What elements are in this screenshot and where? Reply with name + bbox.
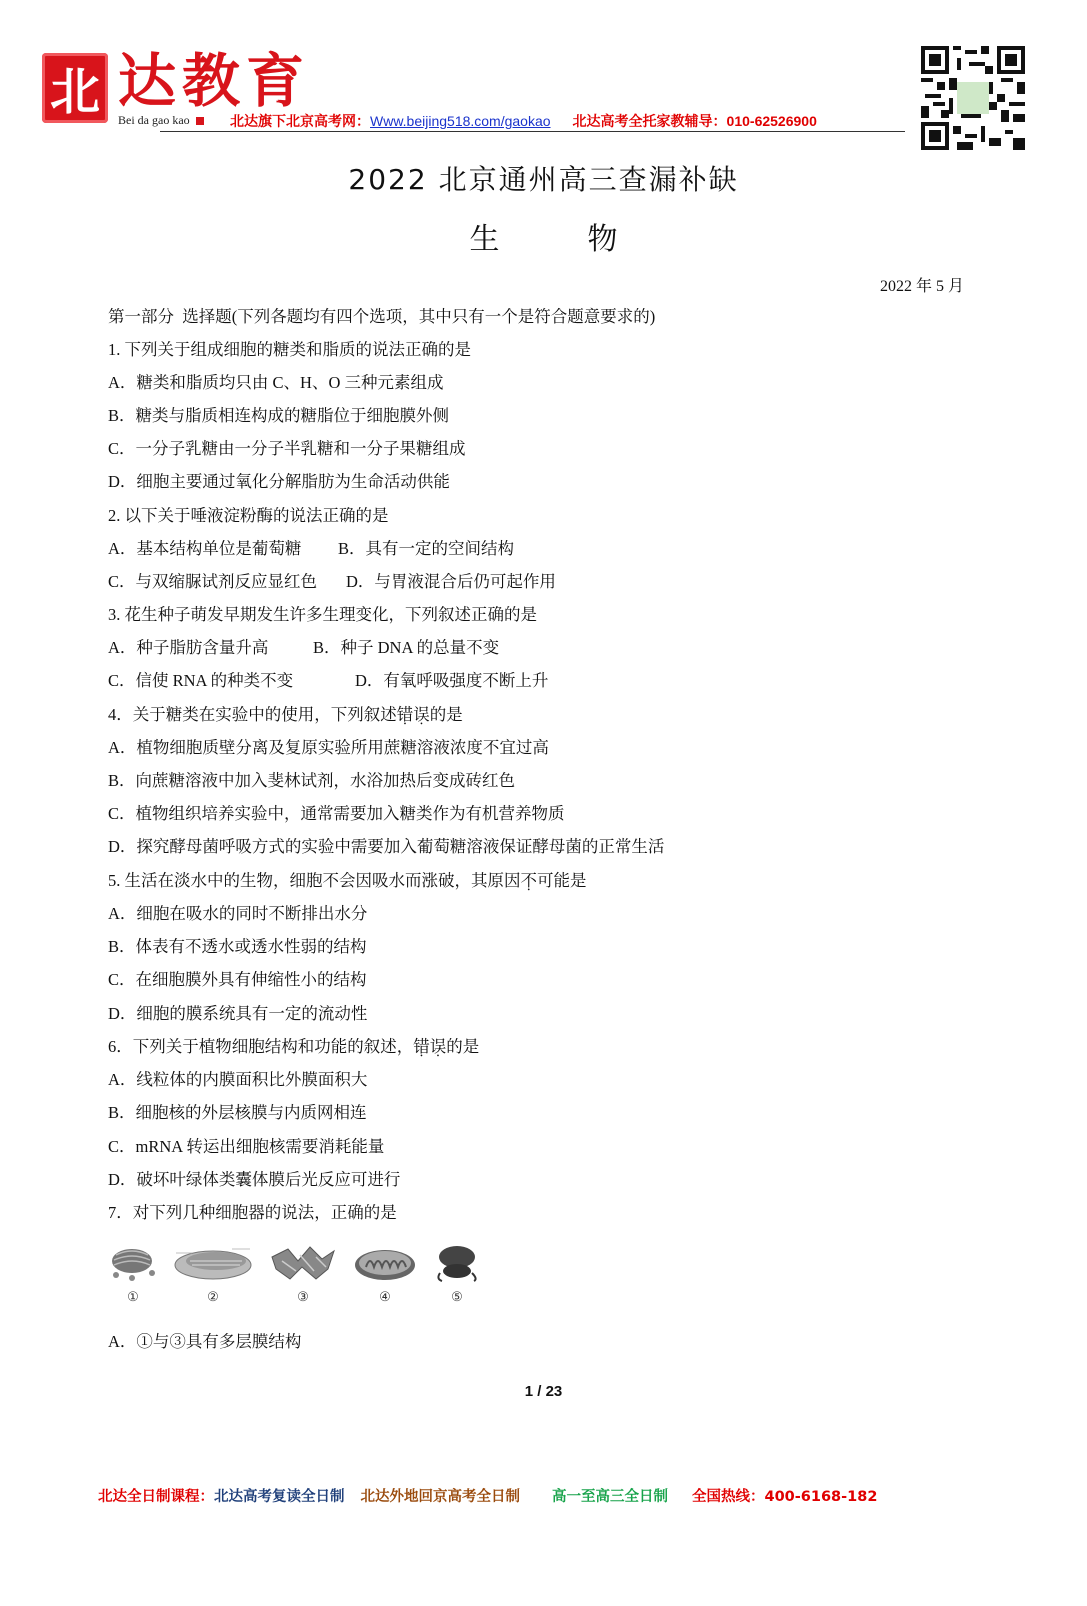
footer-course-3[interactable]: 高一至高三全日制 — [552, 1489, 668, 1505]
stem-text: 的是 — [430, 705, 463, 724]
endoplasmic-reticulum-icon — [268, 1243, 338, 1283]
square-bullet-icon — [196, 117, 204, 125]
option-b: B．具有一定的空间结构 — [338, 538, 514, 560]
question-stem: 7．对下列几种细胞器的说法，正确的是 — [108, 1202, 397, 1224]
footer-course-1[interactable]: 北达高考复读全日制 — [214, 1489, 345, 1505]
tutor-label: 北达高考全托家教辅导：010-62526900 — [573, 113, 817, 129]
option-d: D．细胞主要通过氧化分解脂肪为生命活动供能 — [108, 471, 450, 493]
ribosome-icon — [432, 1243, 482, 1283]
header-banner: 北达旗下北京高考网：Www.beijing518.com/gaokao北达高考全… — [230, 111, 817, 131]
logo-text: 达教育 — [118, 46, 310, 116]
mitochondrion-icon — [352, 1243, 418, 1283]
document-title: 2022 北京通州高三查漏补缺 — [0, 158, 1087, 198]
option-c: C．一分子乳糖由一分子半乳糖和一分子果糖组成 — [108, 438, 466, 460]
option-b: B．向蔗糖溶液中加入斐林试剂，水浴加热后变成砖红色 — [108, 770, 515, 792]
stem-text: 4．关于糖类在实验中的使用，下列叙述 — [108, 705, 397, 724]
logo-glyph: 北 — [50, 52, 100, 124]
question-stem: 1. 下列关于组成细胞的糖类和脂质的说法正确的是 — [108, 339, 471, 361]
option-d: D．有氧呼吸强度不断上升 — [355, 670, 548, 692]
emphasis-char: 误 — [413, 705, 430, 724]
exam-date: 2022 年 5 月 — [880, 273, 964, 296]
subject-char: 生 — [470, 214, 500, 258]
emphasis-char: 不 — [521, 871, 538, 890]
emphasis-char: 错 — [413, 1037, 430, 1056]
stem-text: 6．下列关于植物细胞结构和功能的叙述， — [108, 1037, 413, 1056]
option-d: D．细胞的膜系统具有一定的流动性 — [108, 1003, 367, 1025]
option-a: A．糖类和脂质均只由 C、H、O 三种元素组成 — [108, 372, 444, 394]
golgi-apparatus-icon — [108, 1243, 158, 1283]
emphasis-char: 错 — [397, 705, 414, 724]
figure-label: ④ — [379, 1289, 391, 1305]
footer-hotline: 全国热线：400-6168-182 — [692, 1489, 877, 1505]
organelle-er: ③ — [268, 1243, 338, 1305]
option-a: A．种子脂肪含量升高 — [108, 637, 268, 659]
figure-label: ② — [207, 1289, 219, 1305]
figure-label: ① — [127, 1289, 139, 1305]
subject-char: 物 — [588, 214, 618, 258]
logo-subtitle-text: Bei da gao kao — [118, 113, 190, 127]
page-number: 1 / 23 — [0, 1383, 1087, 1400]
option-a: A．线粒体的内膜面积比外膜面积大 — [108, 1069, 367, 1091]
chloroplast-icon — [172, 1243, 254, 1283]
option-d: D．探究酵母菌呼吸方式的实验中需要加入葡萄糖溶液保证酵母菌的正常生活 — [108, 836, 664, 858]
option-c: C．植物组织培养实验中，通常需要加入糖类作为有机营养物质 — [108, 803, 565, 825]
figure-label: ③ — [297, 1289, 309, 1305]
stem-text: 5. 生活在淡水中的生物，细胞不会因吸水而涨破，其原因 — [108, 871, 521, 890]
question-stem: 3. 花生种子萌发早期发生许多生理变化，下列叙述正确的是 — [108, 604, 537, 626]
option-d: D．破坏叶绿体类囊体膜后光反应可进行 — [108, 1169, 400, 1191]
option-b: B．体表有不透水或透水性弱的结构 — [108, 936, 367, 958]
option-d: D．与胃液混合后仍可起作用 — [346, 571, 556, 593]
option-b: B．糖类与脂质相连构成的糖脂位于细胞膜外侧 — [108, 405, 449, 427]
qr-code[interactable] — [921, 46, 1025, 150]
stem-text: 可能是 — [537, 871, 587, 890]
organelle-figure: ① ② ③ ④ ⑤ — [108, 1243, 482, 1305]
option-a: A．基本结构单位是葡萄糖 — [108, 538, 301, 560]
option-b: B．种子 DNA 的总量不变 — [313, 637, 499, 659]
logo-mark: 北 — [42, 53, 108, 123]
organelle-ribosome: ⑤ — [432, 1243, 482, 1305]
option-a: A．植物细胞质壁分离及复原实验所用蔗糖溶液浓度不宜过高 — [108, 737, 549, 759]
option-c: C．信使 RNA 的种类不变 — [108, 670, 293, 692]
header-divider — [160, 131, 905, 132]
site-label: 北达旗下北京高考网： — [230, 113, 370, 129]
site-link[interactable]: Www.beijing518.com/gaokao — [370, 113, 551, 129]
stem-text: 的是 — [446, 1037, 479, 1056]
organelle-mitochondrion: ④ — [352, 1243, 418, 1305]
organelle-chloroplast: ② — [172, 1243, 254, 1305]
option-a: A．细胞在吸水的同时不断排出水分 — [108, 903, 367, 925]
question-stem: 4．关于糖类在实验中的使用，下列叙述错误的是 — [108, 704, 463, 726]
option-c: C．mRNA 转运出细胞核需要消耗能量 — [108, 1136, 384, 1158]
figure-label: ⑤ — [451, 1289, 463, 1305]
footer-label: 北达全日制课程： — [98, 1489, 214, 1505]
question-stem: 5. 生活在淡水中的生物，细胞不会因吸水而涨破，其原因不可能是 — [108, 870, 587, 892]
emphasis-char: 误 — [430, 1037, 447, 1056]
section-heading: 第一部分 选择题(下列各题均有四个选项，其中只有一个是符合题意要求的) — [108, 306, 655, 328]
question-stem: 2. 以下关于唾液淀粉酶的说法正确的是 — [108, 505, 389, 527]
option-c: C．与双缩脲试剂反应显红色 — [108, 571, 317, 593]
logo-subtitle: Bei da gao kao — [118, 113, 204, 128]
subject-title: 生物 — [0, 214, 1087, 258]
option-a: A．①与③具有多层膜结构 — [108, 1331, 301, 1353]
option-b: B．细胞核的外层核膜与内质网相连 — [108, 1102, 367, 1124]
qr-code-icon — [921, 46, 1025, 150]
footer-banner: 北达全日制课程：北达高考复读全日制北达外地回京高考全日制高一至高三全日制全国热线… — [98, 1485, 877, 1506]
organelle-golgi: ① — [108, 1243, 158, 1305]
footer-course-2[interactable]: 北达外地回京高考全日制 — [361, 1489, 521, 1505]
question-stem: 6．下列关于植物细胞结构和功能的叙述，错误的是 — [108, 1036, 479, 1058]
option-c: C．在细胞膜外具有伸缩性小的结构 — [108, 969, 367, 991]
